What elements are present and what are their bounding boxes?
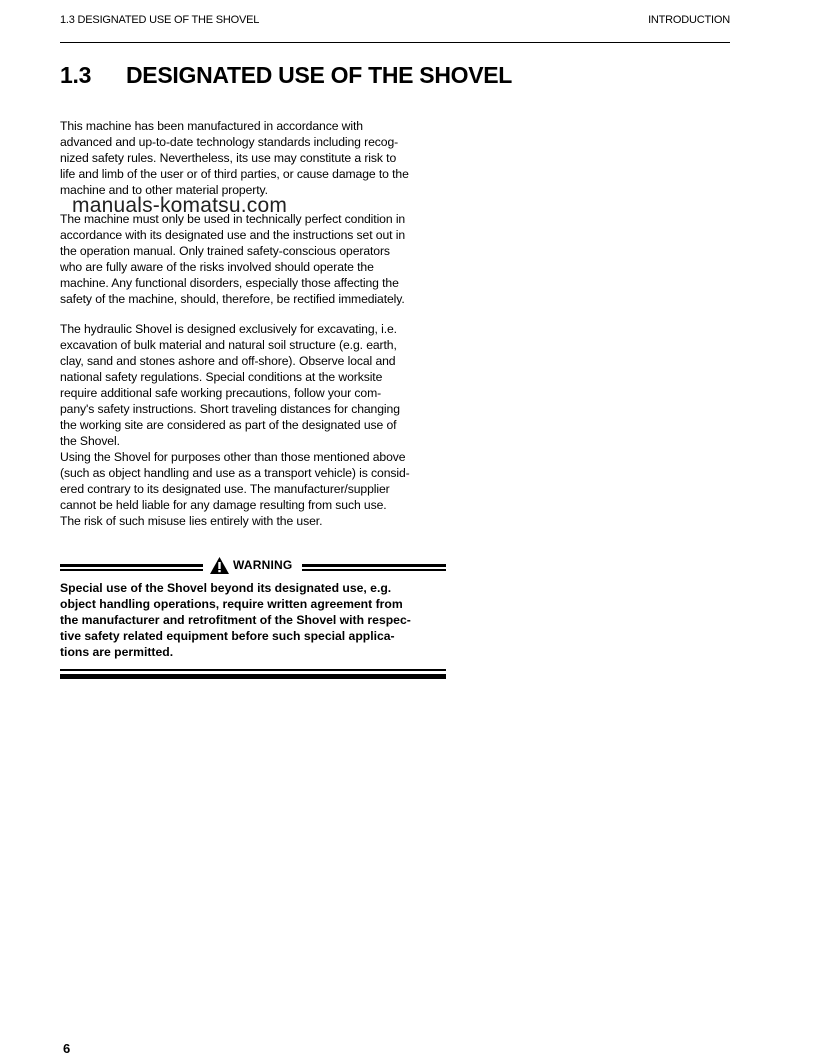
- warning-body: Special use of the Shovel beyond its des…: [60, 580, 448, 660]
- warning-line: the manufacturer and retrofitment of the…: [60, 612, 448, 628]
- paragraph-line: clay, sand and stones ashore and off-sho…: [60, 353, 448, 369]
- warning-end-rule-thick: [60, 674, 446, 679]
- paragraph-line: (such as object handling and use as a tr…: [60, 465, 448, 481]
- paragraph-line: pany's safety instructions. Short travel…: [60, 401, 448, 417]
- paragraph-line: nized safety rules. Nevertheless, its us…: [60, 150, 448, 166]
- running-header-section: 1.3 DESIGNATED USE OF THE SHOVEL: [60, 14, 259, 26]
- warning-rule-left: [60, 564, 203, 571]
- section-heading: 1.3DESIGNATED USE OF THE SHOVEL: [60, 62, 512, 89]
- paragraph-2: The machine must only be used in technic…: [60, 211, 448, 307]
- section-title: DESIGNATED USE OF THE SHOVEL: [126, 62, 512, 88]
- paragraph-line: safety of the machine, should, therefore…: [60, 291, 448, 307]
- paragraph-line: machine. Any functional disorders, espec…: [60, 275, 448, 291]
- warning-header: WARNING: [60, 556, 446, 574]
- paragraph-line: The machine must only be used in technic…: [60, 211, 448, 227]
- paragraph-line: national safety regulations. Special con…: [60, 369, 448, 385]
- paragraph-line: excavation of bulk material and natural …: [60, 337, 448, 353]
- page-number: 6: [63, 1041, 70, 1056]
- paragraph-line: This machine has been manufactured in ac…: [60, 118, 448, 134]
- paragraph-line: advanced and up-to-date technology stand…: [60, 134, 448, 150]
- running-header: 1.3 DESIGNATED USE OF THE SHOVEL INTRODU…: [60, 14, 730, 30]
- warning-rule-right: [302, 564, 446, 571]
- warning-line: Special use of the Shovel beyond its des…: [60, 580, 448, 596]
- warning-line: tive safety related equipment before suc…: [60, 628, 448, 644]
- warning-line: tions are permitted.: [60, 644, 448, 660]
- paragraph-line: Using the Shovel for purposes other than…: [60, 449, 448, 465]
- warning-text: WARNING: [233, 558, 292, 572]
- paragraph-line: the Shovel.: [60, 433, 448, 449]
- running-header-chapter: INTRODUCTION: [648, 14, 730, 26]
- warning-label: WARNING: [210, 556, 292, 574]
- paragraph-line: The risk of such misuse lies entirely wi…: [60, 513, 448, 529]
- paragraph-3: The hydraulic Shovel is designed exclusi…: [60, 321, 448, 529]
- section-number: 1.3: [60, 62, 126, 89]
- paragraph-line: ered contrary to its designated use. The…: [60, 481, 448, 497]
- paragraph-line: life and limb of the user or of third pa…: [60, 166, 448, 182]
- header-rule: [60, 42, 730, 43]
- paragraph-line: require additional safe working precauti…: [60, 385, 448, 401]
- warning-triangle-icon: [210, 557, 229, 574]
- warning-line: object handling operations, require writ…: [60, 596, 448, 612]
- warning-end-rule-thin: [60, 669, 446, 671]
- paragraph-line: The hydraulic Shovel is designed exclusi…: [60, 321, 448, 337]
- paragraph-line: the operation manual. Only trained safet…: [60, 243, 448, 259]
- paragraph-line: accordance with its designated use and t…: [60, 227, 448, 243]
- paragraph-line: the working site are considered as part …: [60, 417, 448, 433]
- paragraph-1: This machine has been manufactured in ac…: [60, 118, 448, 198]
- paragraph-line: who are fully aware of the risks involve…: [60, 259, 448, 275]
- paragraph-line: cannot be held liable for any damage res…: [60, 497, 448, 513]
